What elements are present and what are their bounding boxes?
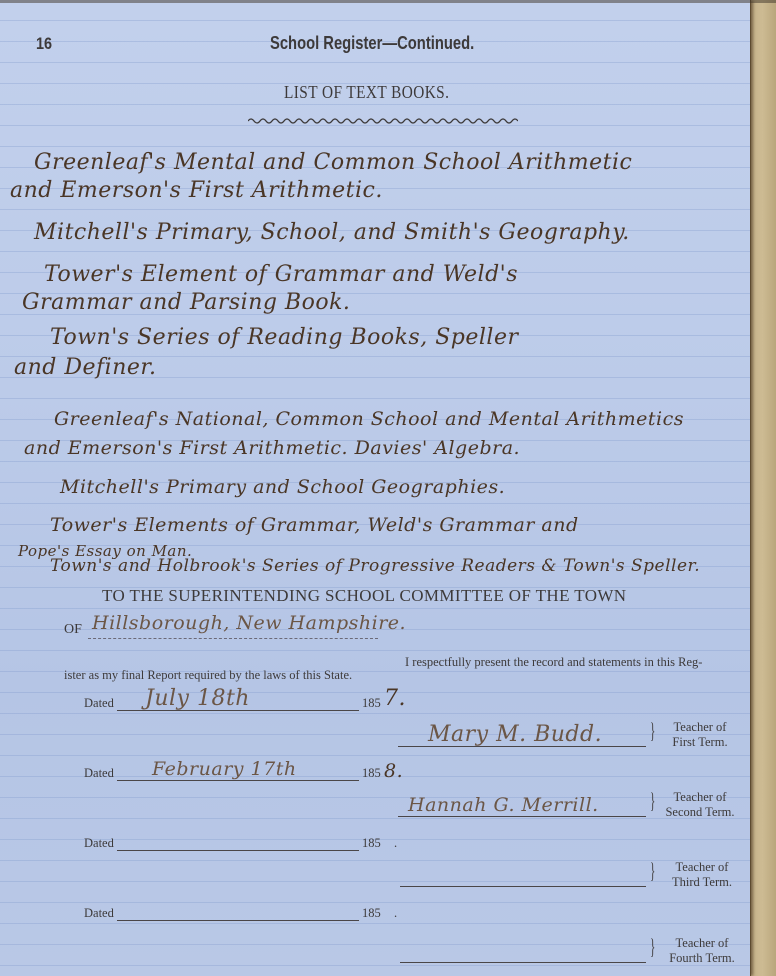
term-label: Third Term. <box>672 875 732 889</box>
textbook-entry-line: Grammar and Parsing Book. <box>22 290 350 315</box>
textbook-entry-line: Tower's Elements of Grammar, Weld's Gram… <box>50 514 579 536</box>
term-label: Fourth Term. <box>669 951 735 965</box>
brace: } <box>650 858 655 884</box>
town-dotted-line <box>88 638 378 639</box>
year-suffix: . <box>394 906 397 921</box>
dated-label: Dated <box>84 836 114 851</box>
page-top-shadow <box>0 0 776 3</box>
textbook-entry-line: Mitchell's Primary and School Geographie… <box>60 476 505 498</box>
teacher-of-label: Teacher of <box>674 790 727 804</box>
dated-label: Dated <box>84 906 114 921</box>
running-header: School Register—Continued. <box>270 33 474 54</box>
textbook-entry-line: and Emerson's First Arithmetic. <box>10 178 383 203</box>
report-statement-line1: I respectfully present the record and st… <box>405 655 702 670</box>
year-prefix: 185 <box>362 906 381 921</box>
teacher-term-label: Teacher of Fourth Term. <box>662 936 742 966</box>
wavy-rule-divider <box>248 117 518 125</box>
term-label: First Term. <box>672 735 727 749</box>
teacher-of-label: Teacher of <box>676 936 729 950</box>
year-prefix: 185 <box>362 766 381 781</box>
teacher-term-label: Teacher of First Term. <box>660 720 740 750</box>
signature-line[interactable] <box>400 886 646 887</box>
date-line[interactable] <box>117 850 359 851</box>
year-suffix: . <box>394 836 397 851</box>
year-suffix[interactable]: 8. <box>384 760 403 782</box>
teacher-signature[interactable]: Mary M. Budd. <box>428 722 602 747</box>
register-page: 16 School Register—Continued. LIST OF TE… <box>0 0 751 976</box>
teacher-of-label: Teacher of <box>674 720 727 734</box>
textbook-entry-line: and Emerson's First Arithmetic. Davies' … <box>24 437 520 459</box>
date-value[interactable]: July 18th <box>145 686 250 711</box>
textbook-entry-line: Greenleaf's Mental and Common School Ari… <box>34 150 632 175</box>
brace: } <box>650 934 655 960</box>
textbook-entry-line: Mitchell's Primary, School, and Smith's … <box>34 220 630 245</box>
signature-line <box>398 816 646 817</box>
date-line[interactable] <box>117 920 359 921</box>
report-statement-line2: ister as my final Report required by the… <box>64 668 352 683</box>
teacher-term-label: Teacher of Second Term. <box>660 790 740 820</box>
brace: } <box>650 718 655 744</box>
year-prefix: 185 <box>362 696 381 711</box>
section-title: LIST OF TEXT BOOKS. <box>284 82 449 103</box>
brace: } <box>650 788 655 814</box>
teacher-of-label: Teacher of <box>676 860 729 874</box>
signature-line[interactable] <box>400 962 646 963</box>
textbook-entry-line: Town's and Holbrook's Series of Progress… <box>50 556 700 576</box>
term-label: Second Term. <box>665 805 734 819</box>
textbook-entry-line: and Definer. <box>14 355 156 380</box>
textbook-entry-line: Tower's Element of Grammar and Weld's <box>44 262 518 287</box>
date-value[interactable]: February 17th <box>152 758 297 780</box>
town-of-label: OF <box>64 622 82 638</box>
town-value[interactable]: Hillsborough, New Hampshire. <box>92 612 406 634</box>
textbook-entry-line: Town's Series of Reading Books, Speller <box>50 325 518 350</box>
dated-label: Dated <box>84 696 114 711</box>
year-suffix[interactable]: 7. <box>384 686 406 711</box>
committee-heading: TO THE SUPERINTENDING SCHOOL COMMITTEE O… <box>102 586 627 606</box>
year-prefix: 185 <box>362 836 381 851</box>
teacher-signature[interactable]: Hannah G. Merrill. <box>408 794 599 816</box>
dated-label: Dated <box>84 766 114 781</box>
page-number: 16 <box>36 34 52 54</box>
teacher-term-label: Teacher of Third Term. <box>662 860 742 890</box>
textbook-entry-line: Greenleaf's National, Common School and … <box>54 408 684 430</box>
date-line <box>117 780 359 781</box>
